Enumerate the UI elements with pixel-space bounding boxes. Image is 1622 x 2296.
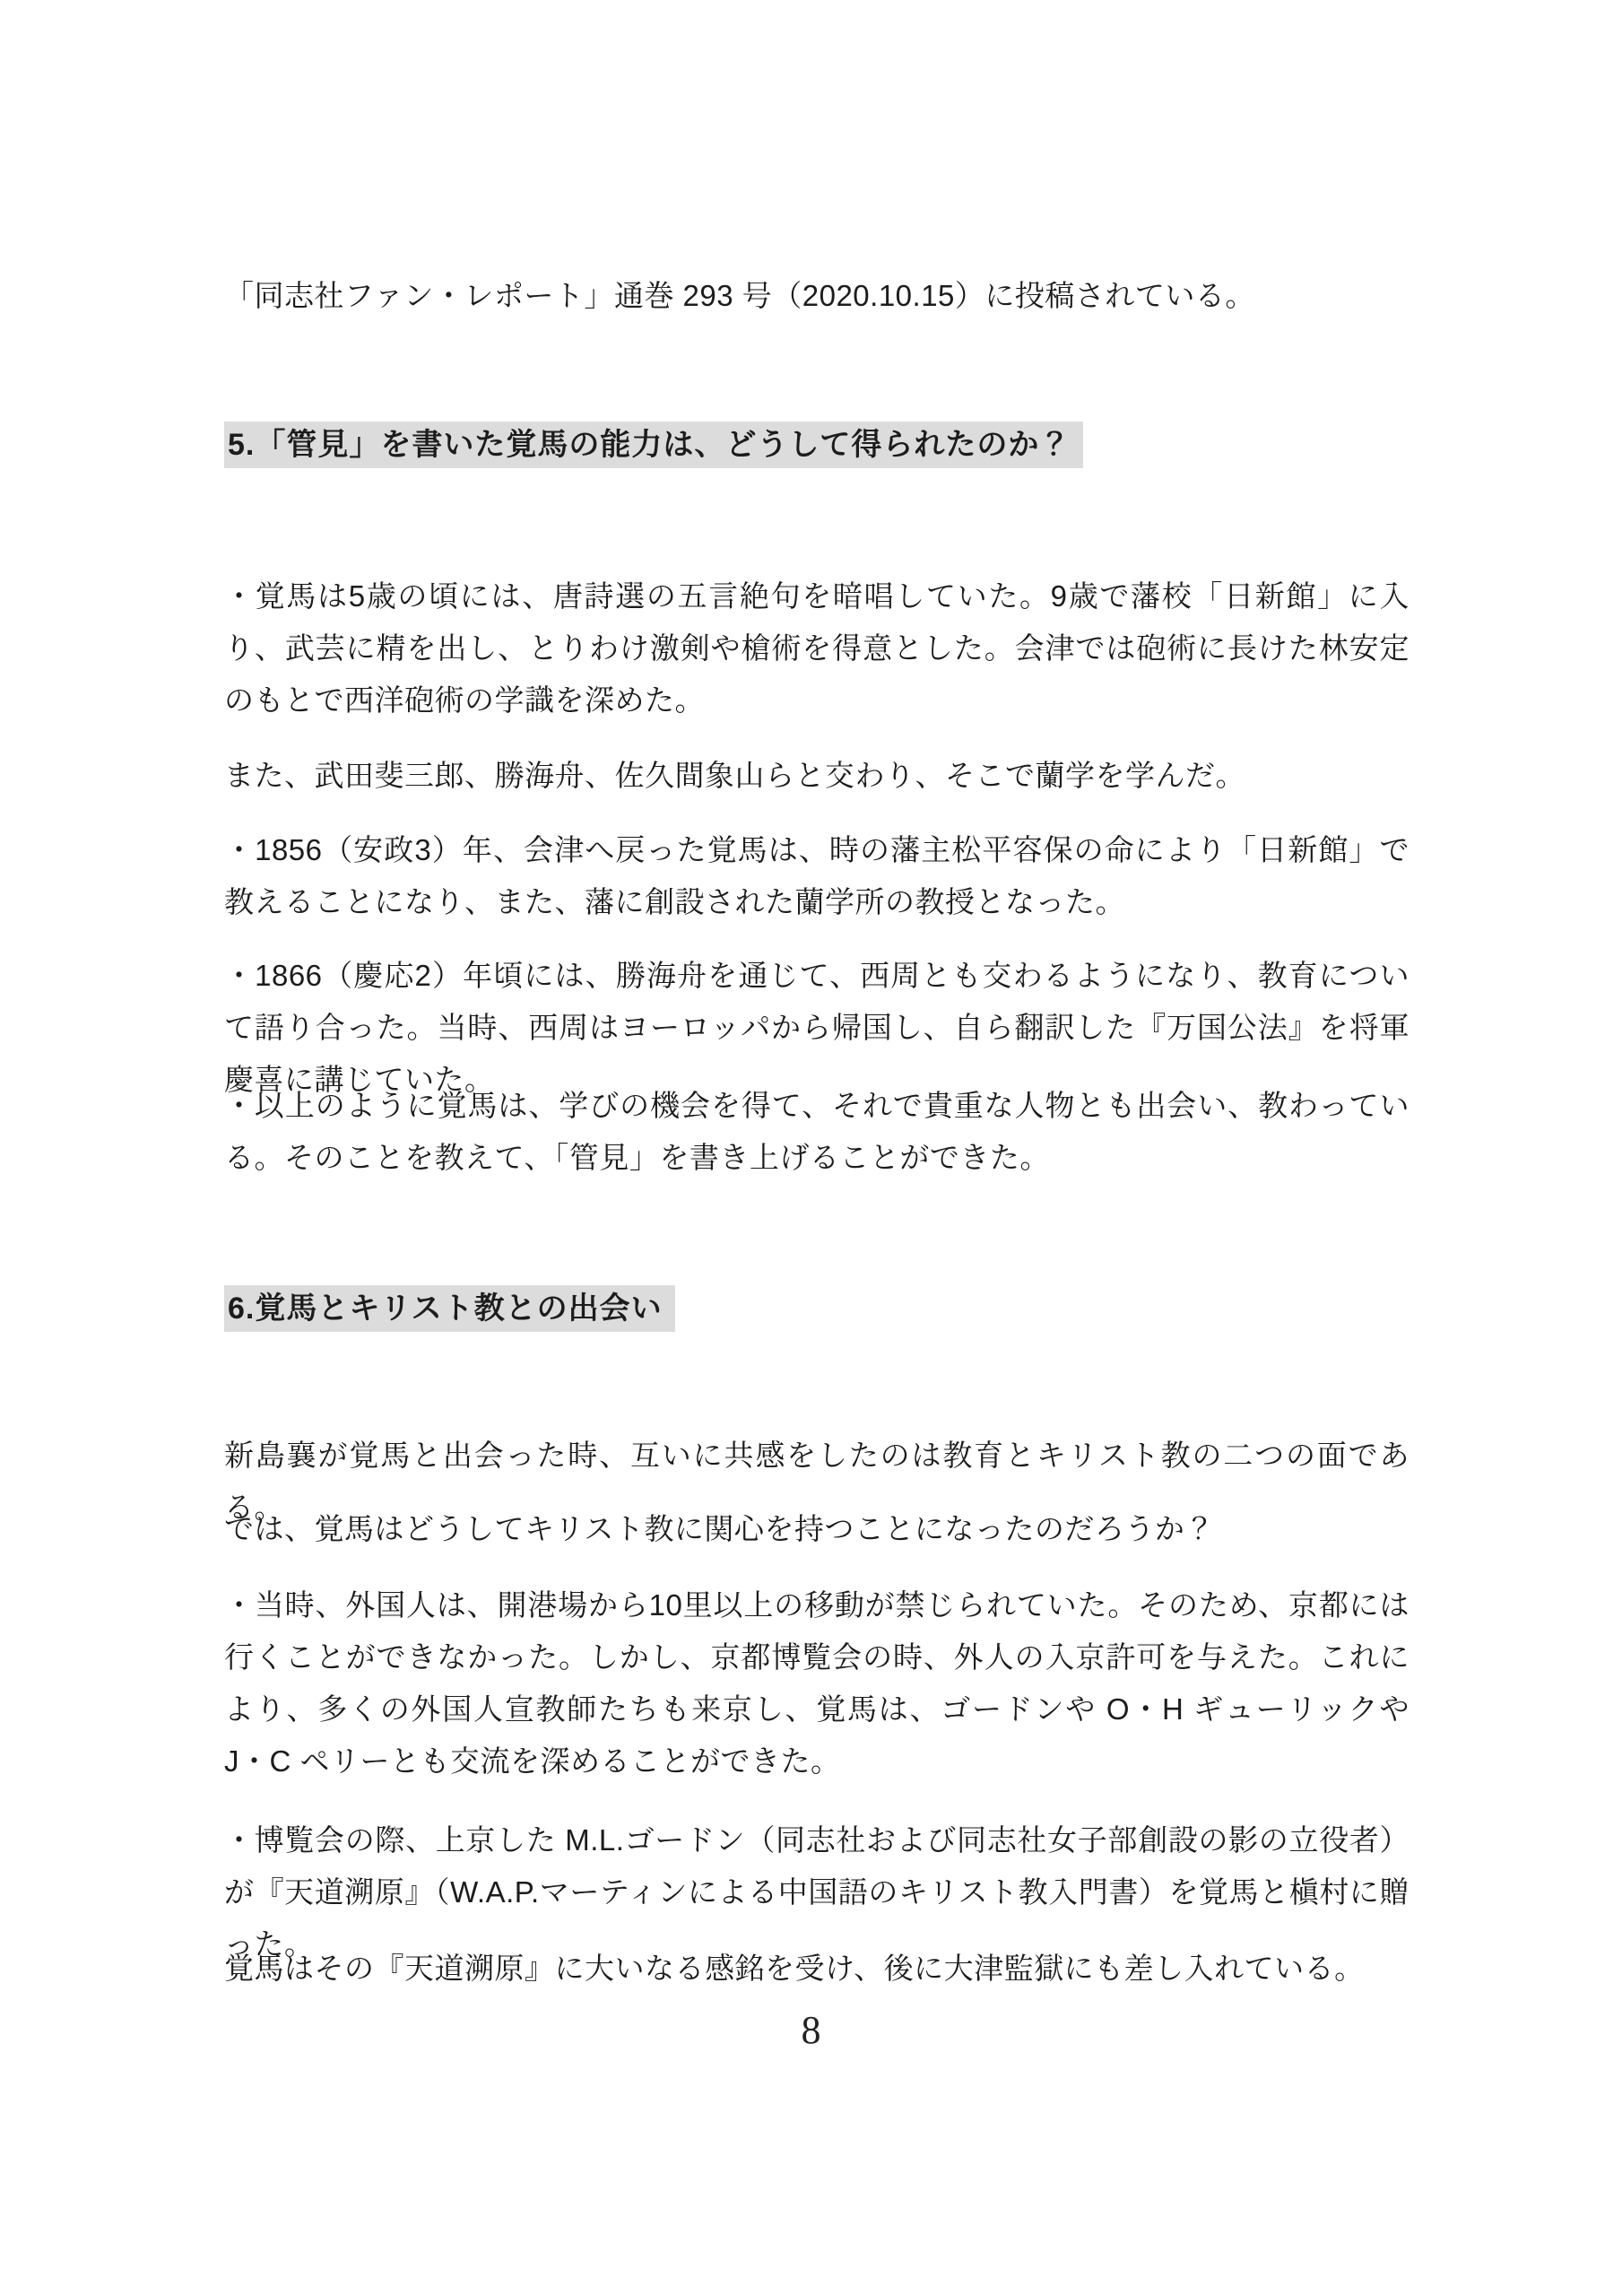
document-page: 「同志社ファン・レポート」通巻 293 号（2020.10.15）に投稿されてい… <box>0 0 1622 2296</box>
section-5-paragraph-2: また、武田斐三郎、勝海舟、佐久間象山らと交わり、そこで蘭学を学んだ。 <box>224 750 1409 802</box>
section-6-heading-row: 6.覚馬とキリスト教との出会い <box>224 1285 1479 1332</box>
section-6-paragraph-5: 覚馬はその『天道溯原』に大いなる感銘を受け、後に大津監獄にも差し入れている。 <box>224 1943 1409 1995</box>
section-6-paragraph-3: ・当時、外国人は、開港場から10里以上の移動が禁じられていた。そのため、京都には… <box>224 1579 1409 1787</box>
section-5-heading: 5.「管見」を書いた覚馬の能力は、どうして得られたのか？ <box>224 422 1083 468</box>
section-5-paragraph-3: ・1856（安政3）年、会津へ戻った覚馬は、時の藩主松平容保の命により「日新館」… <box>224 824 1409 928</box>
section-5-heading-row: 5.「管見」を書いた覚馬の能力は、どうして得られたのか？ <box>224 422 1479 468</box>
section-6-heading: 6.覚馬とキリスト教との出会い <box>224 1285 675 1332</box>
section-6-paragraph-2: では、覚馬はどうしてキリスト教に関心を持つことになったのだろうか？ <box>224 1503 1409 1555</box>
page-number: 8 <box>0 2005 1622 2056</box>
section-5-paragraph-1: ・覚馬は5歳の頃には、唐詩選の五言絶句を暗唱していた。9歳で藩校「日新館」に入り… <box>224 570 1409 726</box>
section-5-paragraph-5: ・以上のように覚馬は、学びの機会を得て、それで貴重な人物とも出会い、教わっている… <box>224 1080 1409 1184</box>
intro-line: 「同志社ファン・レポート」通巻 293 号（2020.10.15）に投稿されてい… <box>224 270 1409 322</box>
